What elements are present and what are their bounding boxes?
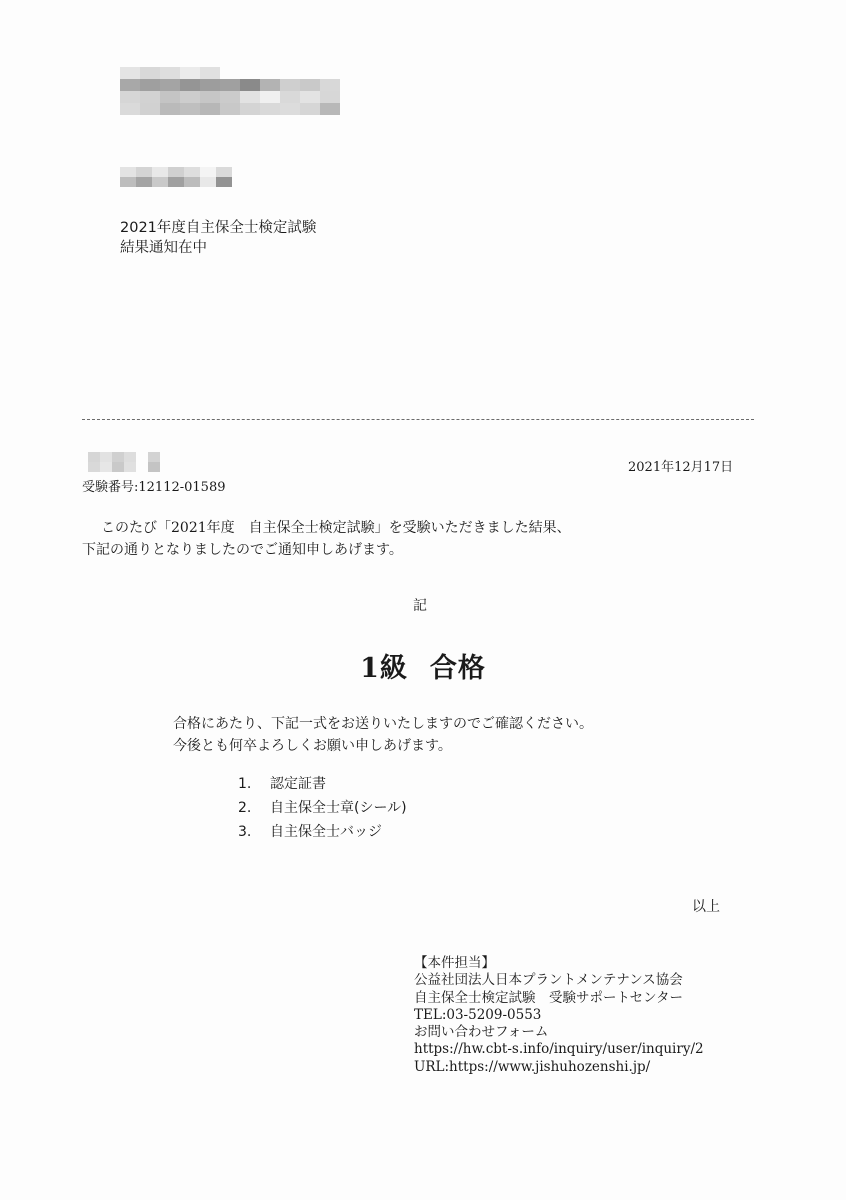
exam-result: 1級合格	[0, 646, 846, 685]
result-grade: 1級	[360, 653, 408, 684]
contact-block: 【本件担当】 公益社団法人日本プラントメンテナンス協会 自主保全士検定試験 受験…	[414, 955, 704, 1076]
contact-tel: TEL:03-5209-0553	[414, 1007, 704, 1024]
contact-site-url: URL:https://www.jishuhozenshi.jp/	[414, 1059, 704, 1076]
closing-mark: 以上	[692, 896, 720, 916]
list-item: 2. 自主保全士章(シール)	[238, 796, 407, 820]
contact-department: 自主保全士検定試験 受験サポートセンター	[414, 990, 704, 1007]
redacted-name-block	[120, 167, 232, 187]
redacted-address-block	[120, 67, 340, 115]
exam-number: 受験番号:12112-01589	[82, 476, 226, 495]
item-number: 1.	[238, 772, 270, 796]
letter-date: 2021年12月17日	[628, 456, 733, 475]
result-status: 合格	[430, 653, 486, 684]
notice-paragraph: 合格にあたり、下記一式をお送りいたしますのでご確認ください。 今後とも何卒よろし…	[173, 713, 593, 757]
item-number: 2.	[238, 796, 270, 820]
envelope-title-line2: 結果通知在中	[120, 238, 316, 258]
item-label: 自主保全士章(シール)	[270, 796, 407, 820]
ki-marker: 記	[413, 595, 427, 615]
enclosed-items-list: 1. 認定証書 2. 自主保全士章(シール) 3. 自主保全士バッジ	[238, 772, 407, 844]
contact-organization: 公益社団法人日本プラントメンテナンス協会	[414, 972, 704, 989]
exam-number-value: 12112-01589	[138, 480, 225, 495]
notice-line-2: 今後とも何卒よろしくお願い申しあげます。	[173, 735, 593, 757]
contact-form-url: https://hw.cbt-s.info/inquiry/user/inqui…	[414, 1041, 704, 1058]
redacted-recipient	[88, 452, 184, 472]
intro-paragraph: このたび「2021年度 自主保全士検定試験」を受験いただきました結果、 下記の通…	[82, 517, 571, 561]
item-label: 認定証書	[270, 772, 326, 796]
intro-line-2: 下記の通りとなりましたのでご通知申しあげます。	[82, 539, 571, 561]
intro-line-1: このたび「2021年度 自主保全士検定試験」を受験いただきました結果、	[82, 517, 571, 539]
envelope-title: 2021年度自主保全士検定試験 結果通知在中	[120, 218, 316, 258]
notice-line-1: 合格にあたり、下記一式をお送りいたしますのでご確認ください。	[173, 713, 593, 735]
envelope-title-line1: 2021年度自主保全士検定試験	[120, 218, 316, 238]
fold-divider	[82, 419, 754, 420]
item-label: 自主保全士バッジ	[270, 820, 382, 844]
contact-heading: 【本件担当】	[414, 955, 704, 972]
item-number: 3.	[238, 820, 270, 844]
contact-form-label: お問い合わせフォーム	[414, 1024, 704, 1041]
exam-number-label: 受験番号:	[82, 480, 138, 495]
list-item: 1. 認定証書	[238, 772, 407, 796]
list-item: 3. 自主保全士バッジ	[238, 820, 407, 844]
